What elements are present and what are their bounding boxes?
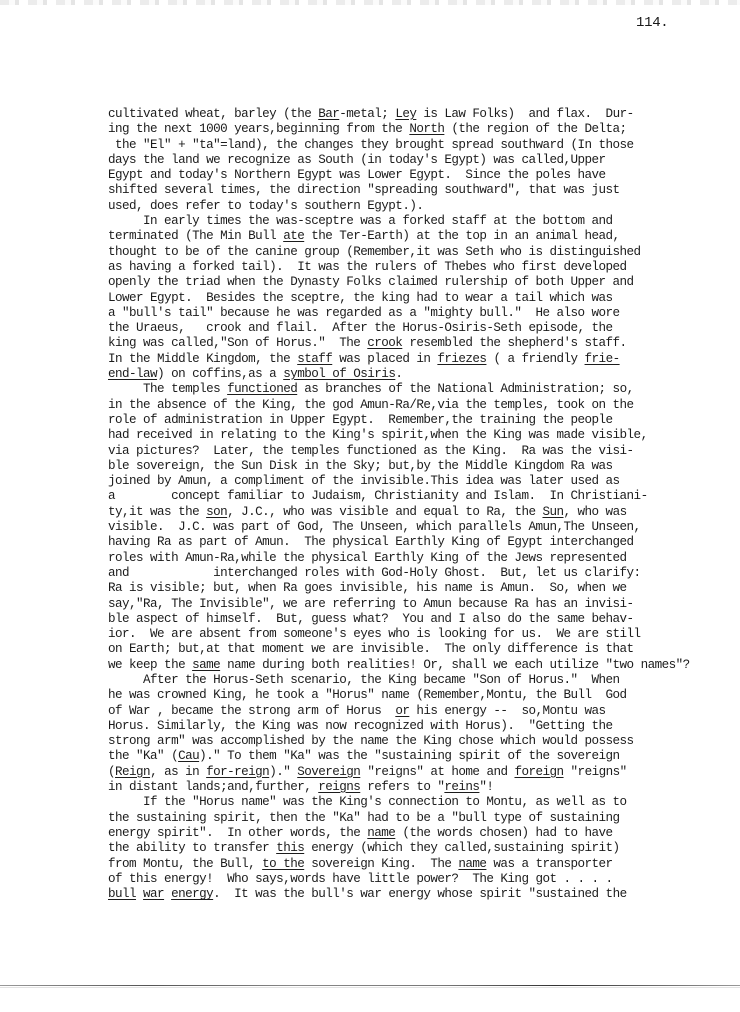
text-line: had received in relating to the King's s… <box>108 428 738 443</box>
text-line: ing the next 1000 years,beginning from t… <box>108 122 738 137</box>
underlined-word: foreign <box>514 765 563 779</box>
underlined-word: end-law <box>108 367 157 381</box>
text-segment: )." <box>269 765 297 779</box>
page-number: 114. <box>636 15 668 31</box>
text-segment: joined by Amun, a compliment of the invi… <box>108 474 620 488</box>
text-line: In the Middle Kingdom, the staff was pla… <box>108 352 738 367</box>
underlined-word: energy <box>171 887 213 901</box>
underlined-word: name <box>458 857 486 871</box>
underlined-word: staff <box>297 352 332 366</box>
text-line: bull war energy. It was the bull's war e… <box>108 887 738 902</box>
text-segment: sovereign King. The <box>304 857 458 871</box>
text-line: visible. J.C. was part of God, The Unsee… <box>108 520 738 535</box>
underlined-word: functioned <box>227 382 297 396</box>
text-segment: ior. We are absent from someone's eyes w… <box>108 627 641 641</box>
text-line: If the "Horus name" was the King's conne… <box>108 795 738 810</box>
text-line: and interchanged roles with God-Holy Gho… <box>108 566 738 581</box>
text-segment: from Montu, the Bull, <box>108 857 262 871</box>
text-line: energy spirit". In other words, the name… <box>108 826 738 841</box>
text-line: a "bull's tail" because he was regarded … <box>108 306 738 321</box>
text-segment: If the "Horus name" was the King's conne… <box>108 795 627 809</box>
text-line: In early times the was-sceptre was a for… <box>108 214 738 229</box>
underlined-word: Sovereign <box>297 765 360 779</box>
text-segment: "reigns" at home and <box>360 765 514 779</box>
text-segment: the Ter-Earth) at the top in an animal h… <box>304 229 619 243</box>
underlined-word: Sun <box>542 505 563 519</box>
text-line: of War , became the strong arm of Horus … <box>108 704 738 719</box>
text-segment: on Earth; but,at that moment we are invi… <box>108 642 634 656</box>
text-line: having Ra as part of Amun. The physical … <box>108 535 738 550</box>
text-segment: days the land we recognize as South (in … <box>108 153 606 167</box>
text-line: After the Horus-Seth scenario, the King … <box>108 673 738 688</box>
text-segment: . <box>395 367 402 381</box>
text-segment: the ability to transfer <box>108 841 276 855</box>
text-segment: ty,it was the <box>108 505 206 519</box>
text-segment: a concept familiar to Judaism, Christian… <box>108 489 648 503</box>
text-segment: his energy -- so,Montu was <box>409 704 605 718</box>
text-line: roles with Amun-Ra,while the physical Ea… <box>108 551 738 566</box>
text-segment: say,"Ra, The Invisible", we are referrin… <box>108 597 634 611</box>
text-line: we keep the same name during both realit… <box>108 658 738 673</box>
underlined-word: same <box>192 658 220 672</box>
text-segment: king was called,"Son of Horus." The <box>108 336 367 350</box>
text-segment: having Ra as part of Amun. The physical … <box>108 535 634 549</box>
text-segment: he was crowned King, he took a "Horus" n… <box>108 688 627 702</box>
text-line: Egypt and today's Northern Egypt was Low… <box>108 168 738 183</box>
text-line: of this energy! Who says,words have litt… <box>108 872 738 887</box>
text-line: ble sovereign, the Sun Disk in the Sky; … <box>108 459 738 474</box>
text-segment: openly the triad when the Dynasty Folks … <box>108 275 634 289</box>
text-segment: Ra is visible; but, when Ra goes invisib… <box>108 581 627 595</box>
underlined-word: to the <box>262 857 304 871</box>
text-line: strong arm" was accomplished by the name… <box>108 734 738 749</box>
text-line: a concept familiar to Judaism, Christian… <box>108 489 738 504</box>
text-line: say,"Ra, The Invisible", we are referrin… <box>108 597 738 612</box>
text-line: the "El" + "ta"=land), the changes they … <box>108 138 738 153</box>
text-segment: is Law Folks) and flax. Dur- <box>416 107 633 121</box>
text-segment: the Uraeus, crook and flail. After the H… <box>108 321 613 335</box>
text-line: the Uraeus, crook and flail. After the H… <box>108 321 738 336</box>
text-line: Horus. Similarly, the King was now recog… <box>108 719 738 734</box>
text-segment: After the Horus-Seth scenario, the King … <box>108 673 620 687</box>
text-segment: (the region of the Delta; <box>444 122 626 136</box>
text-line: The temples functioned as branches of th… <box>108 382 738 397</box>
text-segment: Lower Egypt. Besides the sceptre, the ki… <box>108 291 613 305</box>
text-segment: ( <box>108 765 115 779</box>
text-line: the sustaining spirit, then the "Ka" had… <box>108 811 738 826</box>
text-segment: In early times the was-sceptre was a for… <box>108 214 613 228</box>
text-segment: -metal; <box>339 107 395 121</box>
text-line: ior. We are absent from someone's eyes w… <box>108 627 738 642</box>
text-segment: was a transporter <box>486 857 612 871</box>
text-line: thought to be of the canine group (Remem… <box>108 245 738 260</box>
text-line: via pictures? Later, the temples functio… <box>108 444 738 459</box>
text-line: Ra is visible; but, when Ra goes invisib… <box>108 581 738 596</box>
text-segment: (the words chosen) had to have <box>395 826 612 840</box>
text-line: the ability to transfer this energy (whi… <box>108 841 738 856</box>
text-segment: as having a forked tail). It was the rul… <box>108 260 627 274</box>
document-body: cultivated wheat, barley (the Bar-metal;… <box>108 107 738 902</box>
text-line: role of administration in Upper Egypt. R… <box>108 413 738 428</box>
text-line: king was called,"Son of Horus." The croo… <box>108 336 738 351</box>
text-line: days the land we recognize as South (in … <box>108 153 738 168</box>
text-segment: )." To them "Ka" was the "sustaining spi… <box>199 749 619 763</box>
underlined-word: crook <box>367 336 402 350</box>
underlined-word: North <box>409 122 444 136</box>
text-line: the "Ka" (Cau)." To them "Ka" was the "s… <box>108 749 738 764</box>
text-segment: cultivated wheat, barley (the <box>108 107 318 121</box>
underlined-word: Reign <box>115 765 150 779</box>
text-segment: as branches of the National Administrati… <box>297 382 633 396</box>
text-segment: name during both realities! Or, shall we… <box>220 658 690 672</box>
underlined-word: frie- <box>585 352 620 366</box>
scan-edge-noise <box>0 0 740 5</box>
text-segment: "! <box>479 780 493 794</box>
text-segment: was placed in <box>332 352 437 366</box>
text-line: on Earth; but,at that moment we are invi… <box>108 642 738 657</box>
underlined-word: reigns <box>318 780 360 794</box>
text-line: used, does refer to today's southern Egy… <box>108 199 738 214</box>
text-segment: the "El" + "ta"=land), the changes they … <box>108 138 634 152</box>
text-segment: visible. J.C. was part of God, The Unsee… <box>108 520 641 534</box>
underlined-word: name <box>367 826 395 840</box>
text-line: in distant lands;and,further, reigns ref… <box>108 780 738 795</box>
text-segment: in the absence of the King, the god Amun… <box>108 398 634 412</box>
text-segment: resembled the shepherd's staff. <box>402 336 626 350</box>
text-line: openly the triad when the Dynasty Folks … <box>108 275 738 290</box>
underlined-word: for-reign <box>206 765 269 779</box>
text-segment: the "Ka" ( <box>108 749 178 763</box>
text-segment: a "bull's tail" because he was regarded … <box>108 306 620 320</box>
text-line: Lower Egypt. Besides the sceptre, the ki… <box>108 291 738 306</box>
text-segment: via pictures? Later, the temples functio… <box>108 444 634 458</box>
text-segment: energy spirit". In other words, the <box>108 826 367 840</box>
text-line: joined by Amun, a compliment of the invi… <box>108 474 738 489</box>
text-segment: role of administration in Upper Egypt. R… <box>108 413 613 427</box>
text-line: as having a forked tail). It was the rul… <box>108 260 738 275</box>
underlined-word: bull <box>108 887 136 901</box>
text-segment: ble aspect of himself. But, guess what? … <box>108 612 634 626</box>
underlined-word: friezes <box>437 352 486 366</box>
text-segment: had received in relating to the King's s… <box>108 428 648 442</box>
text-segment: used, does refer to today's southern Egy… <box>108 199 423 213</box>
underlined-word: war <box>143 887 164 901</box>
footer-rule <box>0 985 740 986</box>
text-line: (Reign, as in for-reign)." Sovereign "re… <box>108 765 738 780</box>
underlined-word: Bar <box>318 107 339 121</box>
text-segment: In the Middle Kingdom, the <box>108 352 297 366</box>
text-segment: Horus. Similarly, the King was now recog… <box>108 719 613 733</box>
text-segment: terminated (The Min Bull <box>108 229 283 243</box>
text-segment: . It was the bull's war energy whose spi… <box>213 887 626 901</box>
underlined-word: symbol of Osiris <box>283 367 395 381</box>
text-segment: and interchanged roles with God-Holy Gho… <box>108 566 641 580</box>
text-segment: in distant lands;and,further, <box>108 780 318 794</box>
footer-rule-shadow <box>0 987 740 988</box>
text-segment: ) on coffins,as a <box>157 367 283 381</box>
text-segment: ( a friendly <box>486 352 584 366</box>
text-segment: of War , became the strong arm of Horus <box>108 704 395 718</box>
underlined-word: or <box>395 704 409 718</box>
text-segment: ble sovereign, the Sun Disk in the Sky; … <box>108 459 613 473</box>
text-segment: strong arm" was accomplished by the name… <box>108 734 634 748</box>
text-segment: refers to " <box>360 780 444 794</box>
text-segment: energy (which they called,sustaining spi… <box>304 841 619 855</box>
underlined-word: reins <box>444 780 479 794</box>
text-segment: ing the next 1000 years,beginning from t… <box>108 122 409 136</box>
text-segment: shifted several times, the direction "sp… <box>108 183 620 197</box>
text-line: ble aspect of himself. But, guess what? … <box>108 612 738 627</box>
text-line: from Montu, the Bull, to the sovereign K… <box>108 857 738 872</box>
text-line: in the absence of the King, the god Amun… <box>108 398 738 413</box>
underlined-word: this <box>276 841 304 855</box>
text-segment: Egypt and today's Northern Egypt was Low… <box>108 168 606 182</box>
text-segment: the sustaining spirit, then the "Ka" had… <box>108 811 620 825</box>
underlined-word: Cau <box>178 749 199 763</box>
text-segment: roles with Amun-Ra,while the physical Ea… <box>108 551 627 565</box>
text-segment <box>136 887 143 901</box>
text-segment: of this energy! Who says,words have litt… <box>108 872 613 886</box>
text-segment: The temples <box>108 382 227 396</box>
text-segment: , as in <box>150 765 206 779</box>
text-line: end-law) on coffins,as a symbol of Osiri… <box>108 367 738 382</box>
text-segment: thought to be of the canine group (Remem… <box>108 245 641 259</box>
text-segment: "reigns" <box>564 765 627 779</box>
text-line: ty,it was the son, J.C., who was visible… <box>108 505 738 520</box>
text-segment: , J.C., who was visible and equal to Ra,… <box>227 505 542 519</box>
underlined-word: ate <box>283 229 304 243</box>
text-line: he was crowned King, he took a "Horus" n… <box>108 688 738 703</box>
text-line: cultivated wheat, barley (the Bar-metal;… <box>108 107 738 122</box>
underlined-word: son <box>206 505 227 519</box>
underlined-word: Ley <box>395 107 416 121</box>
text-line: shifted several times, the direction "sp… <box>108 183 738 198</box>
text-segment: we keep the <box>108 658 192 672</box>
text-segment: , who was <box>564 505 627 519</box>
text-line: terminated (The Min Bull ate the Ter-Ear… <box>108 229 738 244</box>
